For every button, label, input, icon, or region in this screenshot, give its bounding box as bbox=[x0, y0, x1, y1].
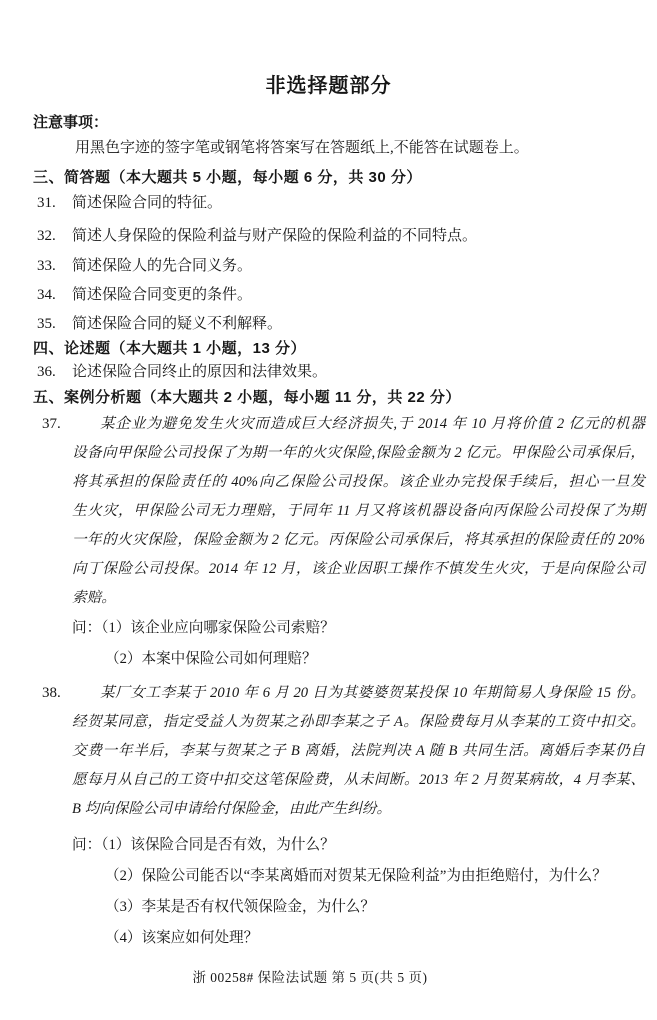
question-number: 33. bbox=[37, 258, 72, 275]
case-37-line: 将其承担的保险责任的 40%向乙保险公司投保。该企业办完投保手续后，担心一旦发 bbox=[72, 468, 645, 497]
question-text: 简述人身保险的保险利益与财产保险的保险利益的不同特点。 bbox=[72, 228, 477, 244]
question-number: 35. bbox=[37, 316, 72, 333]
case-38-line: 愿每月从自己的工资中扣交这笔保险费，从未间断。2013 年 2 月贺某病故，4 … bbox=[72, 766, 645, 795]
question-number: 31. bbox=[37, 195, 72, 212]
case-37-line: 某企业为避免发生火灾而造成巨大经济损失,于 2014 年 10 月将价值 2 亿… bbox=[72, 410, 645, 439]
question-row-36: 36.论述保险合同终止的原因和法律效果。 bbox=[37, 360, 327, 381]
page-footer: 浙 00258# 保险法试题 第 5 页(共 5 页) bbox=[0, 966, 620, 986]
question-number: 36. bbox=[37, 364, 72, 381]
case-37-line: 索赔。 bbox=[72, 584, 645, 613]
section-heading-short-answer: 三、简答题（本大题共 5 小题，每小题 6 分，共 30 分） bbox=[33, 166, 422, 187]
case-37-line: 设备向甲保险公司投保了为期一年的火灾保险,保险金额为 2 亿元。甲保险公司承保后… bbox=[72, 439, 645, 468]
question-row-33: 33.简述保险人的先合同义务。 bbox=[37, 254, 252, 275]
case-37-subquestion: （2）本案中保险公司如何理赔？ bbox=[72, 644, 645, 675]
case-38-subquestion: （4）该案应如何处理？ bbox=[72, 923, 645, 954]
question-text: 简述保险人的先合同义务。 bbox=[72, 258, 252, 274]
case-38-line: 经贺某同意，指定受益人为贺某之孙即李某之子 A。保险费每月从李某的工资中扣交。 bbox=[72, 708, 645, 737]
question-row-32: 32.简述人身保险的保险利益与财产保险的保险利益的不同特点。 bbox=[37, 224, 477, 245]
case-38-subquestion: （3）李某是否有权代领保险金，为什么？ bbox=[72, 892, 645, 923]
question-row-35: 35.简述保险合同的疑义不利解释。 bbox=[37, 312, 282, 333]
case-37-questions: 问：（1）该企业应向哪家保险公司索赔？ （2）本案中保险公司如何理赔？ bbox=[72, 613, 645, 675]
case-37-paragraph: 某企业为避免发生火灾而造成巨大经济损失,于 2014 年 10 月将价值 2 亿… bbox=[72, 410, 645, 613]
case-38-paragraph: 某厂女工李某于 2010 年 6 月 20 日为其婆婆贺某投保 10 年期简易人… bbox=[72, 679, 645, 824]
case-37-subquestion: 问：（1）该企业应向哪家保险公司索赔？ bbox=[72, 613, 645, 644]
case-38-line: B 均向保险公司申请给付保险金，由此产生纠纷。 bbox=[72, 795, 645, 824]
case-38-subquestion: （2）保险公司能否以“李某离婚而对贺某无保险利益”为由拒绝赔付，为什么？ bbox=[72, 861, 645, 892]
question-text: 简述保险合同的特征。 bbox=[72, 195, 222, 211]
question-number-37: 37. bbox=[42, 416, 61, 433]
case-38-subquestion: 问：（1）该保险合同是否有效，为什么？ bbox=[72, 830, 645, 861]
case-38-line: 某厂女工李某于 2010 年 6 月 20 日为其婆婆贺某投保 10 年期简易人… bbox=[72, 679, 645, 708]
question-number-38: 38. bbox=[42, 685, 61, 702]
question-number: 34. bbox=[37, 287, 72, 304]
case-37-line: 生火灾，甲保险公司无力理赔，于同年 11 月又将该机器设备向丙保险公司投保了为期 bbox=[72, 497, 645, 526]
page-title: 非选择题部分 bbox=[0, 75, 657, 97]
notice-text: 用黑色字迹的签字笔或钢笔将答案写在答题纸上,不能答在试题卷上。 bbox=[75, 136, 529, 157]
notice-heading: 注意事项： bbox=[33, 111, 108, 132]
question-row-31: 31.简述保险合同的特征。 bbox=[37, 191, 222, 212]
section-heading-essay: 四、论述题（本大题共 1 小题，13 分） bbox=[33, 337, 306, 358]
case-37-line: 向丁保险公司投保。2014 年 12 月，该企业因职工操作不慎发生火灾，于是向保… bbox=[72, 555, 645, 584]
question-number: 32. bbox=[37, 228, 72, 245]
case-38-questions: 问：（1）该保险合同是否有效，为什么？ （2）保险公司能否以“李某离婚而对贺某无… bbox=[72, 830, 645, 954]
question-text: 论述保险合同终止的原因和法律效果。 bbox=[72, 364, 327, 380]
case-37-line: 一年的火灾保险，保险金额为 2 亿元。丙保险公司承保后，将其承担的保险责任的 2… bbox=[72, 526, 645, 555]
case-38-line: 交费一年半后，李某与贺某之子 B 离婚，法院判决 A 随 B 共同生活。离婚后李… bbox=[72, 737, 645, 766]
question-text: 简述保险合同的疑义不利解释。 bbox=[72, 316, 282, 332]
section-heading-case-analysis: 五、案例分析题（本大题共 2 小题，每小题 11 分，共 22 分） bbox=[33, 386, 461, 407]
question-text: 简述保险合同变更的条件。 bbox=[72, 287, 252, 303]
question-row-34: 34.简述保险合同变更的条件。 bbox=[37, 283, 252, 304]
